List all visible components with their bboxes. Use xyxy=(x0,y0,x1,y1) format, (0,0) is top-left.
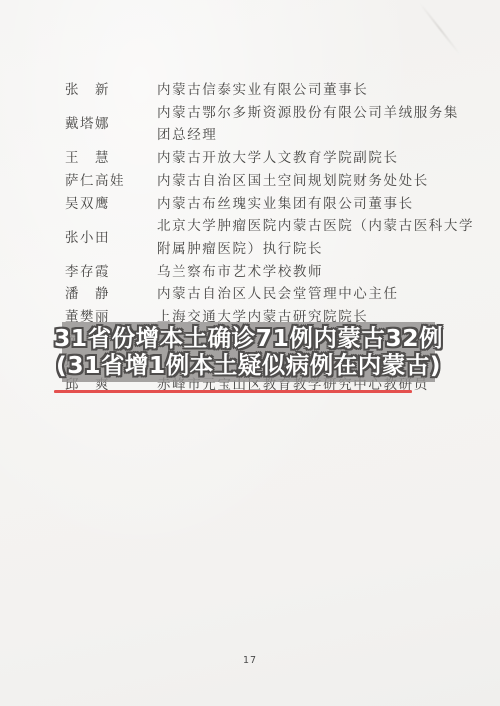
table-row: 王 慧 内蒙古开放大学人文教育学院副院长 xyxy=(65,147,474,170)
position-cell: 内蒙古开放大学人文教育学院副院长 xyxy=(157,147,399,170)
position-cell: 内蒙古布丝瑰实业集团有限公司董事长 xyxy=(157,193,414,216)
table-row: 戴塔娜 内蒙古鄂尔多斯资源股份有限公司羊绒服务集 团总经理 xyxy=(65,102,474,147)
position-cell: 内蒙古自治区国土空间规划院财务处处长 xyxy=(157,170,429,193)
position-cell: 北京大学肿瘤医院内蒙古医院（内蒙古医科大学 附属肿瘤医院）执行院长 xyxy=(157,215,474,260)
paper-crease xyxy=(420,3,461,55)
position-cell: 内蒙古鄂尔多斯资源股份有限公司羊绒服务集 团总经理 xyxy=(157,102,459,147)
name-cell: 萨仁高娃 xyxy=(65,170,157,193)
red-underline xyxy=(54,390,412,393)
position-cell: 乌兰察布市艺术学校教师 xyxy=(157,261,323,284)
page-number: 17 xyxy=(0,655,500,666)
overlay-headline-line-1: 31省份增本土确诊71例内蒙古32例 xyxy=(54,325,443,352)
name-cell: 张 新 xyxy=(65,79,157,102)
scanned-document-page: 张 新 内蒙古信泰实业有限公司董事长 戴塔娜 内蒙古鄂尔多斯资源股份有限公司羊绒… xyxy=(0,0,500,706)
table-row: 吴双鹰 内蒙古布丝瑰实业集团有限公司董事长 xyxy=(65,193,474,216)
name-cell: 戴塔娜 xyxy=(65,113,157,136)
position-cell: 内蒙古自治区人民会堂管理中心主任 xyxy=(157,283,399,306)
table-row: 张 新 内蒙古信泰实业有限公司董事长 xyxy=(65,79,474,102)
name-cell: 王 慧 xyxy=(65,147,157,170)
name-cell: 张小田 xyxy=(65,227,157,250)
table-row: 李存霞 乌兰察布市艺术学校教师 xyxy=(65,261,474,284)
table-row: 萨仁高娃 内蒙古自治区国土空间规划院财务处处长 xyxy=(65,170,474,193)
overlay-headline-line-2: (31省增1例本土疑似病例在内蒙古) xyxy=(56,352,441,379)
name-cell: 吴双鹰 xyxy=(65,193,157,216)
name-cell: 李存霞 xyxy=(65,261,157,284)
name-cell: 潘 静 xyxy=(65,283,157,306)
news-overlay-banner: 31省份增本土确诊71例内蒙古32例 (31省增1例本土疑似病例在内蒙古) xyxy=(62,322,435,382)
table-row: 张小田 北京大学肿瘤医院内蒙古医院（内蒙古医科大学 附属肿瘤医院）执行院长 xyxy=(65,215,474,260)
table-row: 潘 静 内蒙古自治区人民会堂管理中心主任 xyxy=(65,283,474,306)
position-cell: 内蒙古信泰实业有限公司董事长 xyxy=(157,79,368,102)
